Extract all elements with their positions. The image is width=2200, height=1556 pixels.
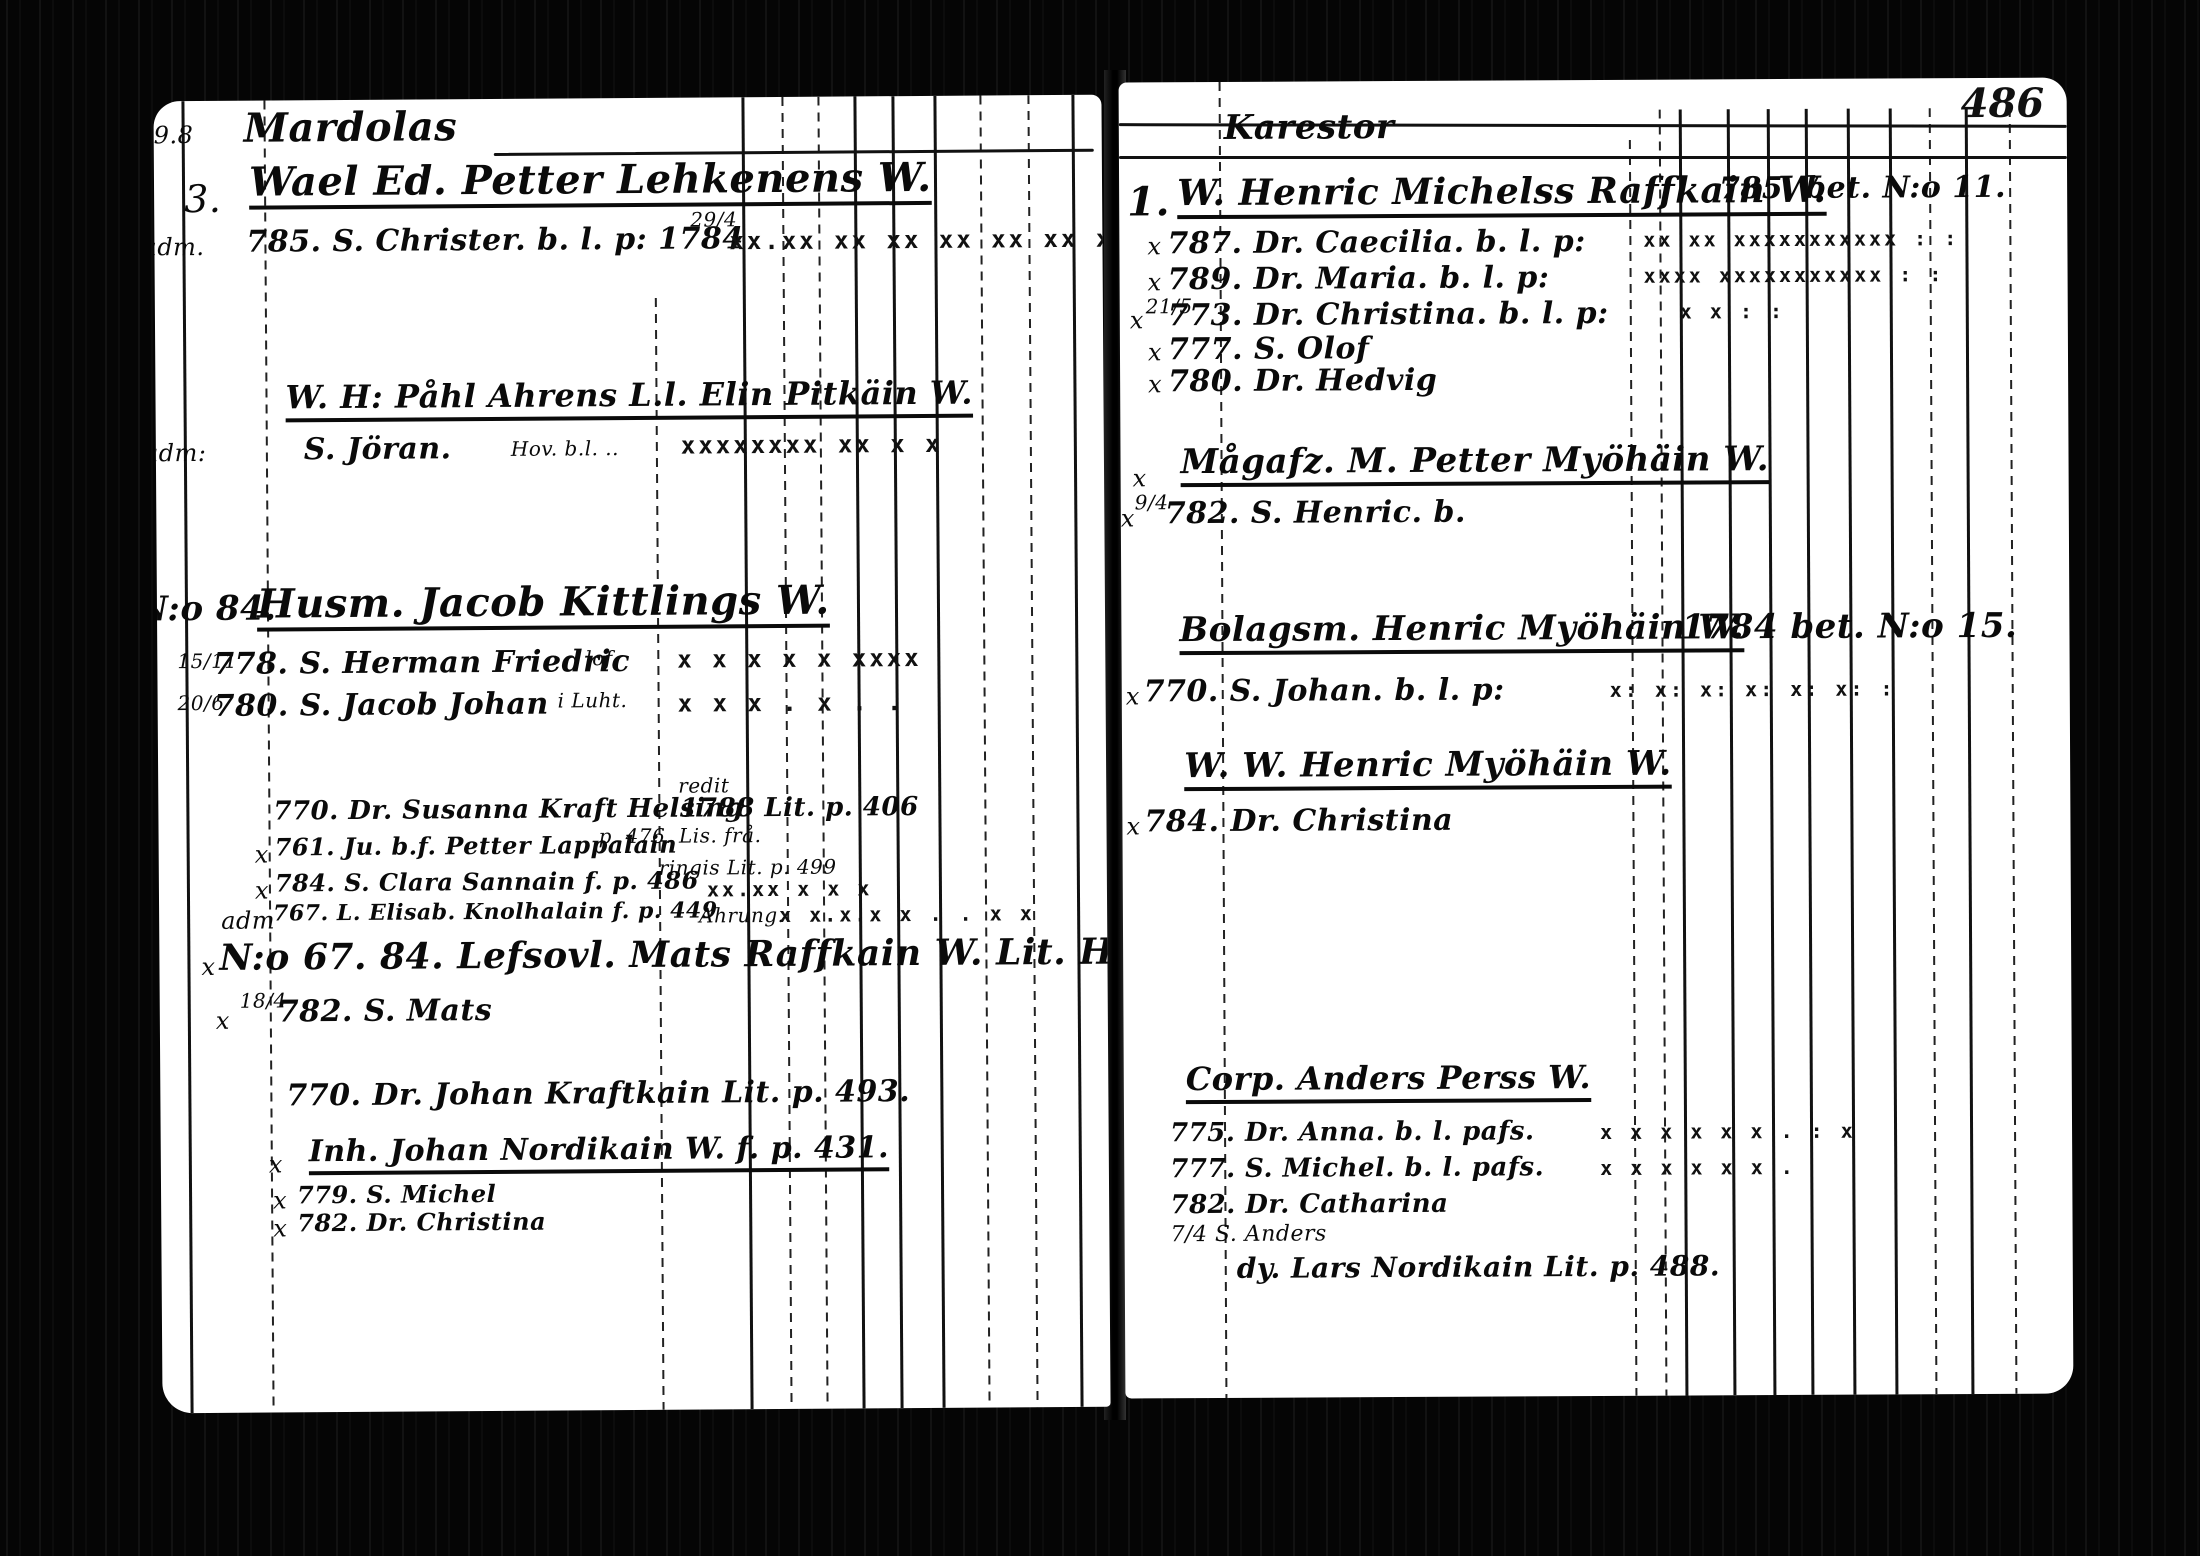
column-rule [1071, 95, 1083, 1407]
column-rule [891, 96, 903, 1408]
household-head: N:o 67. 84. Lefsovl. Mats Raffkain W. Li… [219, 929, 1110, 979]
margin-note: x [1148, 370, 1162, 398]
attendance-marks: xx.xx xx xx xx xx xx xx xx [729, 224, 1110, 255]
household-head: Inh. Johan Nordikain W. f. p. 431. [309, 1130, 890, 1169]
member-row: 780. S. Jacob Johan [214, 687, 549, 724]
column-rule [1889, 108, 1899, 1394]
attendance-marks: xx xx xxxxxxxxxxx : : [1643, 226, 1959, 252]
member-row: 7/4 S. Anders [1171, 1221, 1327, 1247]
margin-note: x [1126, 682, 1140, 710]
margin-note: x [1126, 812, 1140, 840]
household-head: W. H: Påhl Ahrens L.l. Elin Pitkäin W. [285, 374, 973, 417]
village-name: Karestor [1224, 107, 1395, 148]
member-row: 787. Dr. Caecilia. b. l. p: [1167, 224, 1586, 261]
household-head: Mågafz. M. Petter Myöhäin W. [1180, 439, 1769, 482]
row-note: i Luht. [558, 688, 628, 712]
header-rule [1119, 156, 2067, 159]
household-head: Corp. Anders Perss W. [1186, 1058, 1592, 1098]
row-note: p. 476. Lis. frå. [598, 823, 761, 848]
margin-note: x [1130, 306, 1144, 334]
attendance-marks: xxxx xxxxxxxxxxx : : [1644, 262, 1945, 288]
column-rule [2009, 108, 2018, 1394]
margin-note: adm [221, 906, 275, 934]
margin-note: x [273, 1214, 287, 1242]
margin-note: adm. [153, 233, 204, 261]
member-row: 773. Dr. Christina. b. l. p: [1168, 296, 1609, 333]
member-row: 770. S. Johan. b. l. p: [1144, 672, 1505, 709]
member-row: 784. Dr. Christina [1144, 803, 1453, 840]
member-row: 777. S. Michel. b. l. pafs. [1170, 1152, 1544, 1184]
member-row: 777. S. Olof [1168, 331, 1370, 367]
column-rule [979, 96, 990, 1408]
household-head: Bolagsm. Henric Myöhäin W. [1179, 607, 1744, 650]
attendance-marks: x x.x.x x . . x x [779, 901, 1035, 927]
attendance-marks: x: x: x: x: x: x: : [1610, 676, 1896, 701]
margin-note: x [201, 953, 215, 981]
member-row: 784. S. Clara Sannain f. p. 486 [275, 866, 699, 898]
member-row: 789. Dr. Maria. b. l. p: [1168, 260, 1550, 297]
attendance-marks: x x x x x x . [1600, 1155, 1796, 1180]
member-row: 782. S. Mats [278, 993, 493, 1029]
column-rule [1027, 95, 1038, 1407]
household-number: 3. [184, 177, 222, 221]
margin-rule [181, 101, 193, 1413]
household-reference: 785. bet. N:o 11. [1719, 170, 2006, 207]
member-row: dy. Lars Nordikain Lit. p. 488. [1237, 1249, 1720, 1285]
margin-note: adm: [153, 439, 206, 467]
margin-note: x [1121, 504, 1135, 532]
member-row: 785. S. Christer. b. l. p: 1784 [246, 221, 744, 259]
column-rule [741, 97, 753, 1409]
attendance-marks: xxxxxxxx xx x x [681, 430, 943, 460]
member-row: 779. S. Michel [297, 1179, 496, 1209]
attendance-marks: x x x x x x . : x [1600, 1119, 1856, 1144]
column-rule [781, 97, 792, 1409]
column-rule [853, 96, 865, 1408]
margin-note: x [273, 1186, 287, 1214]
row-note: Ahrung. [699, 903, 784, 928]
household-reference: 1784 bet. N:o 15. [1681, 606, 2017, 648]
column-rule [1965, 108, 1975, 1394]
row-note: Hov. b.l. .. [511, 436, 619, 461]
member-row: 775. Dr. Anna. b. l. pafs. [1170, 1116, 1535, 1148]
member-row: 780. Dr. Hedvig [1168, 363, 1437, 399]
column-rule [1929, 108, 1938, 1394]
margin-note: x [216, 1007, 230, 1035]
household-head: Wael Ed. Petter Lehkenens W. [249, 154, 932, 206]
member-row: 770. Dr. Johan Kraftkain Lit. p. 493. [286, 1074, 910, 1113]
row-note: lof. [585, 646, 619, 670]
attendance-marks: x x : : [1680, 299, 1785, 324]
member-row: 770. Dr. Susanna Kraft Helsing [273, 793, 743, 826]
member-row: 778. S. Herman Friedric [213, 644, 630, 682]
attendance-marks: x x x x x xxxx [677, 644, 921, 674]
member-row: 782. Dr. Christina [297, 1207, 546, 1238]
attendance-marks: xx.xx x x x [707, 876, 873, 901]
margin-note: x [1147, 232, 1161, 260]
row-note: 1788 Lit. p. 406 [680, 792, 918, 824]
household-head: Husm. Jacob Kittlings W. [257, 577, 830, 628]
member-row: 782. Dr. Catharina [1170, 1189, 1448, 1220]
corner-note: 9.8 [154, 121, 194, 149]
column-rule [817, 97, 828, 1409]
member-row: 782. S. Henric. b. [1165, 495, 1466, 532]
date-fraction: 9/4 [1135, 490, 1169, 514]
attendance-marks: x x x . x . . [678, 688, 905, 718]
column-rule [933, 96, 945, 1408]
member-row: 767. L. Elisab. Knolhalain f. p. 449 [273, 897, 718, 926]
left-page: 9.8 Mardolas 3. Wael Ed. Petter Lehkenen… [153, 95, 1110, 1414]
member-row: S. Jöran. [304, 431, 452, 467]
margin-note: x [1148, 268, 1162, 296]
village-name: Mardolas [243, 103, 457, 151]
household-number: 1. [1127, 178, 1170, 225]
margin-note: x [1133, 464, 1147, 492]
column-rule [1805, 109, 1815, 1395]
column-rule [1847, 109, 1857, 1395]
margin-note: x [255, 841, 269, 869]
household-head: W. W. Henric Myöhäin W. [1184, 744, 1672, 787]
margin-note: x [1148, 338, 1162, 366]
margin-note: x [255, 877, 269, 905]
page-number: 486 [1961, 80, 2045, 127]
right-page: 486 Karestor 1. W. Henric Michelss Raffk… [1119, 78, 2074, 1399]
margin-note: x [269, 1150, 283, 1178]
